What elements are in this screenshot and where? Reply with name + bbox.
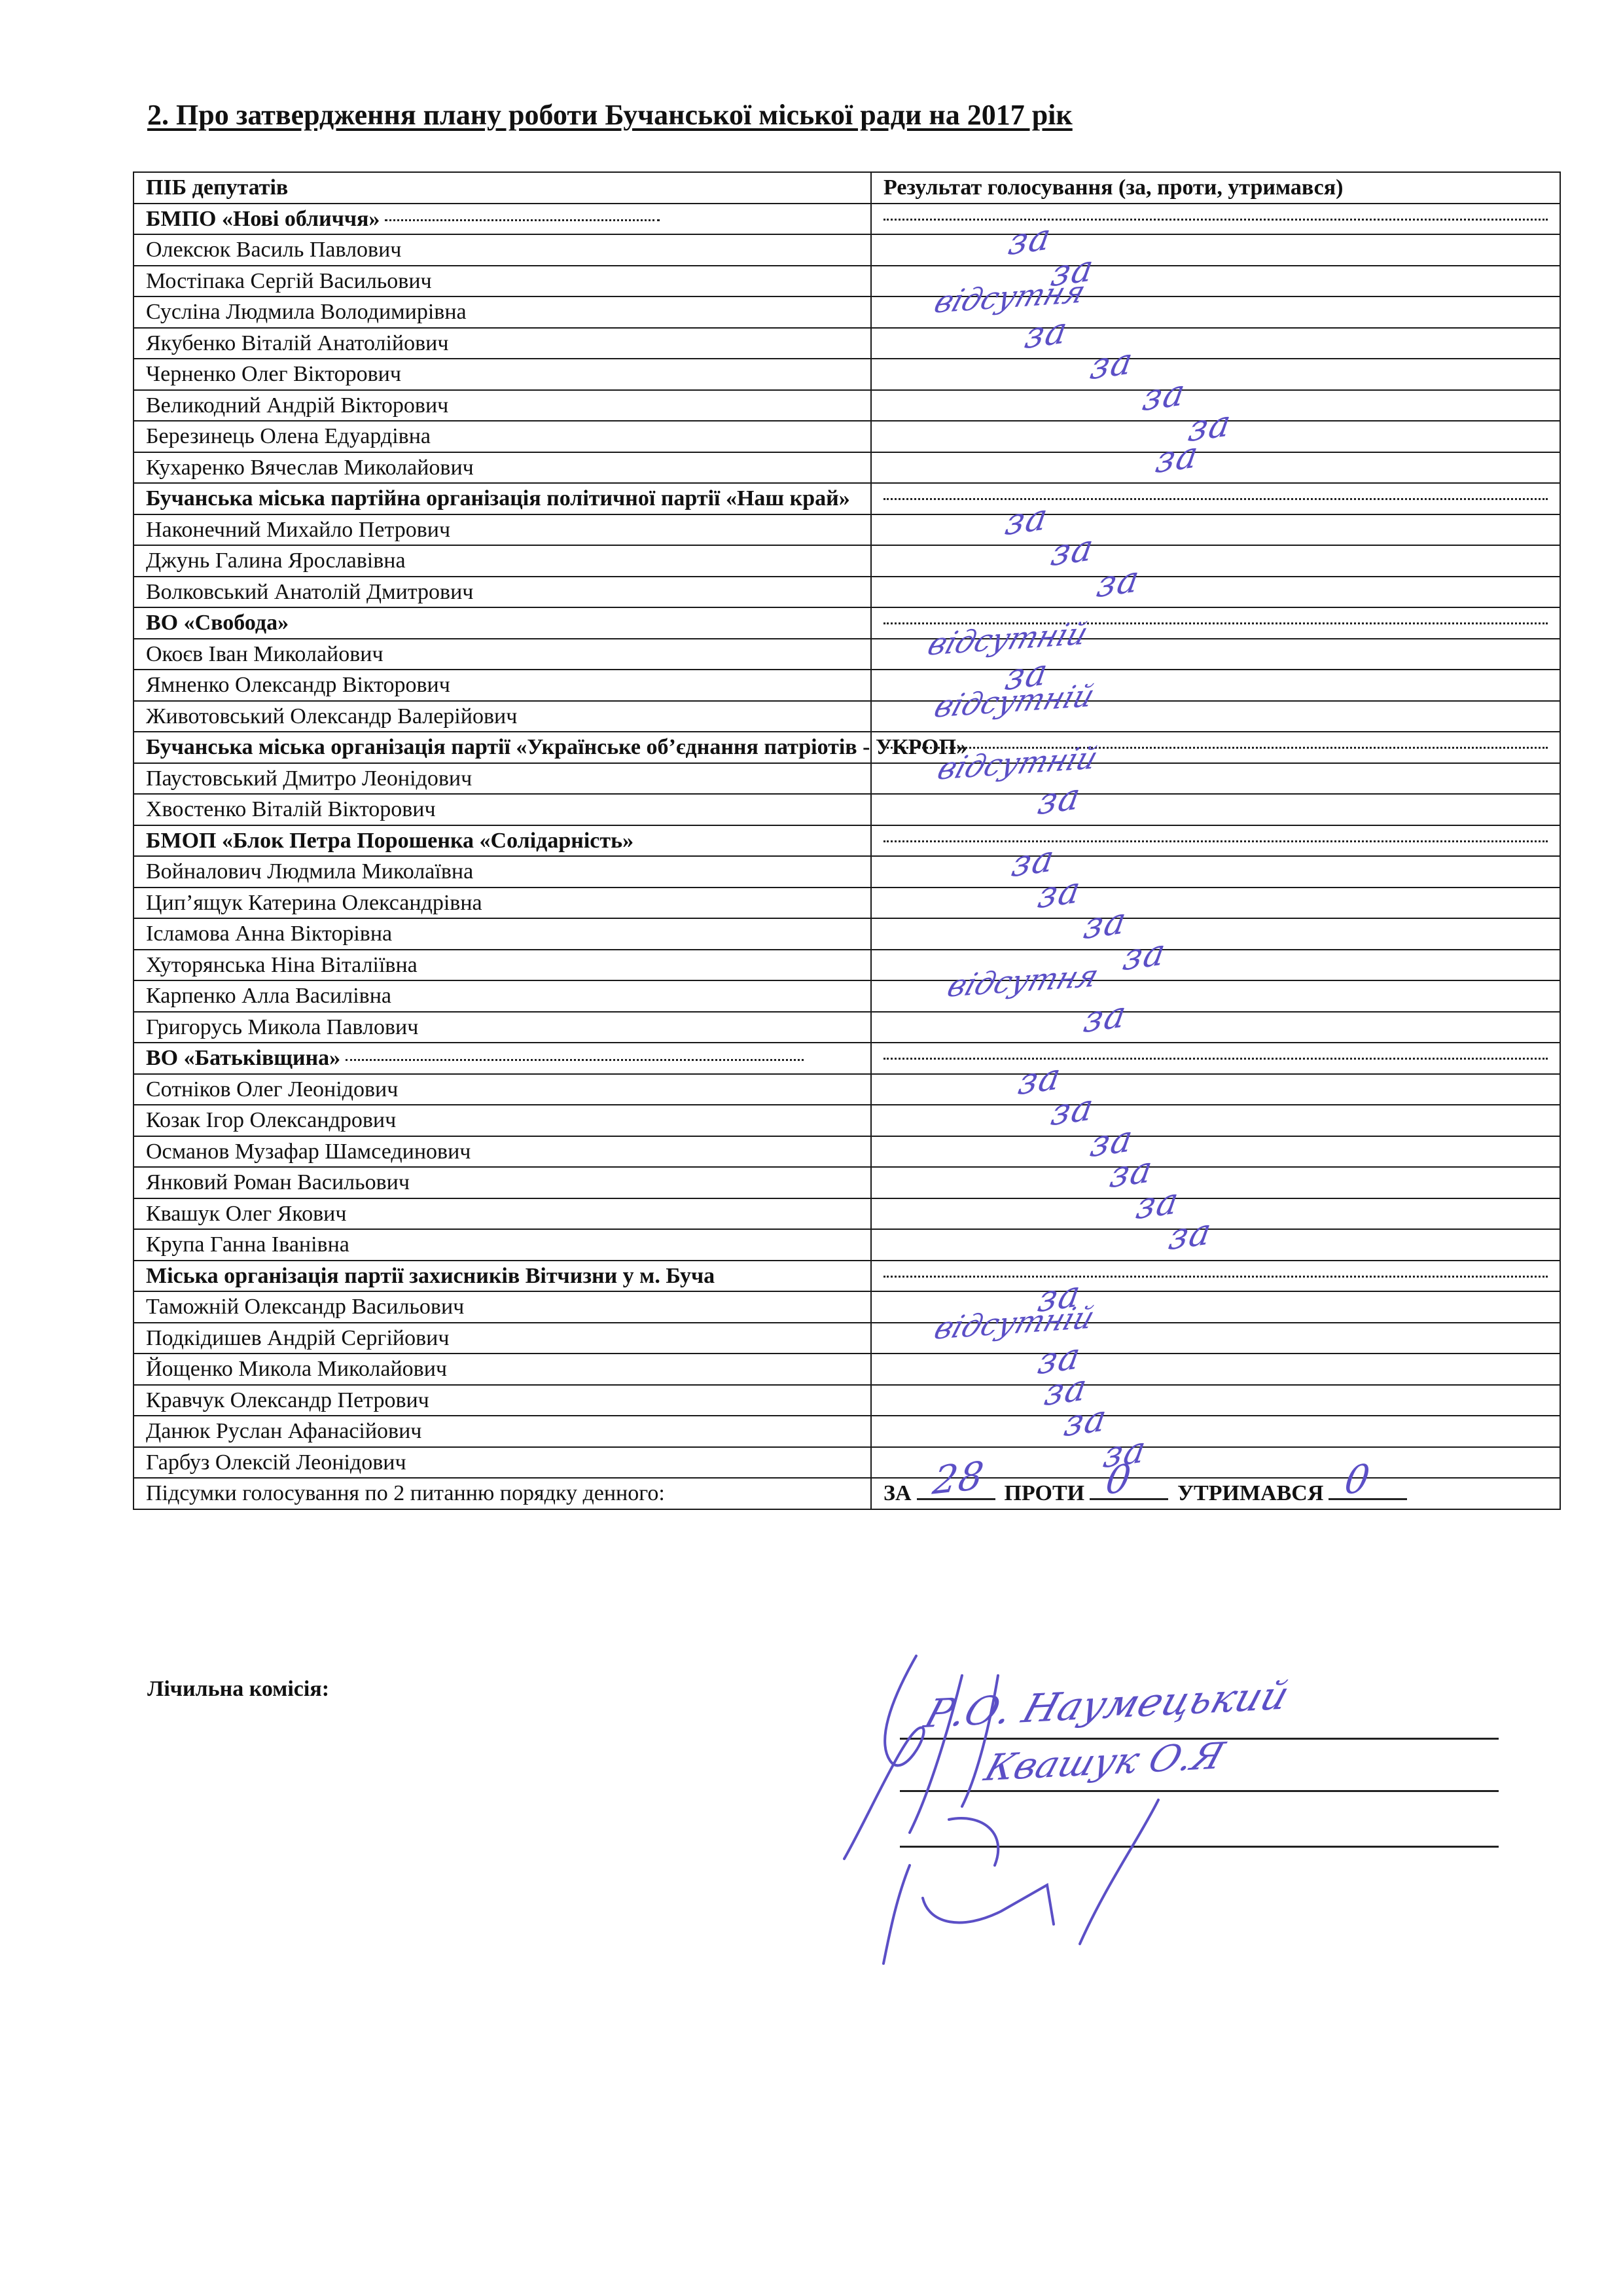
vote-cell: [871, 1105, 1560, 1136]
group-row: Бучанська міська організація партії «Укр…: [134, 732, 1560, 763]
table-row: Черненко Олег Вікторович: [134, 359, 1560, 390]
summary-for-blank: [917, 1479, 995, 1500]
vote-cell: [871, 1323, 1560, 1354]
deputy-name: Подкідишев Андрій Сергійович: [134, 1323, 871, 1354]
voting-table: ПІБ депутатів Результат голосування (за,…: [133, 171, 1561, 1510]
group-result-cell: [871, 483, 1560, 514]
table-row: Сусліна Людмила Володимирівна: [134, 296, 1560, 328]
table-row: Окоєв Іван Миколайович: [134, 639, 1560, 670]
vote-cell: [871, 1136, 1560, 1168]
deputy-name: Великодний Андрій Вікторович: [134, 390, 871, 422]
table-row: Животовський Олександр Валерійович: [134, 701, 1560, 732]
deputy-name: Наконечний Михайло Петрович: [134, 514, 871, 546]
deputy-name: Козак Ігор Олександрович: [134, 1105, 871, 1136]
group-row: БМОП «Блок Петра Порошенка «Солідарність…: [134, 825, 1560, 857]
dotted-filler: [883, 498, 1548, 500]
header-vote-result: Результат голосування (за, проти, утрима…: [871, 172, 1560, 204]
deputy-name: Данюк Руслан Афанасійович: [134, 1416, 871, 1447]
deputy-name: Волковський Анатолій Дмитрович: [134, 577, 871, 608]
group-row: БМПО «Нові обличчя»: [134, 204, 1560, 235]
group-result-cell: [871, 1261, 1560, 1292]
deputy-name: Квашук Олег Якович: [134, 1198, 871, 1230]
table-row: Олексюк Василь Павлович: [134, 234, 1560, 266]
deputy-name: Карпенко Алла Василівна: [134, 980, 871, 1012]
header-deputies: ПІБ депутатів: [134, 172, 871, 204]
group-name-text: БМПО «Нові обличчя»: [146, 207, 380, 231]
table-row: Гарбуз Олексій Леонідович: [134, 1447, 1560, 1479]
summary-result: ЗАПРОТИУТРИМАВСЯ: [871, 1478, 1560, 1509]
table-row: Крупа Ганна Іванівна: [134, 1229, 1560, 1261]
vote-cell: [871, 888, 1560, 919]
vote-cell: [871, 1012, 1560, 1043]
group-name: Бучанська міська організація партії «Укр…: [134, 732, 871, 763]
deputy-name: Сусліна Людмила Володимирівна: [134, 296, 871, 328]
deputy-name: Янковий Роман Васильович: [134, 1167, 871, 1198]
vote-cell: [871, 514, 1560, 546]
table-row: Карпенко Алла Василівна: [134, 980, 1560, 1012]
vote-cell: [871, 763, 1560, 795]
group-name-text: ВО «Батьківщина»: [146, 1046, 340, 1070]
vote-cell: [871, 1291, 1560, 1323]
summary-abstain-label: УТРИМАВСЯ: [1177, 1481, 1323, 1505]
table-row: Паустовський Дмитро Леонідович: [134, 763, 1560, 795]
deputy-name: Григорусь Микола Павлович: [134, 1012, 871, 1043]
deputy-name: Животовський Олександр Валерійович: [134, 701, 871, 732]
deputy-name: Войналович Людмила Миколаївна: [134, 856, 871, 888]
group-name-text: Бучанська міська партійна організація по…: [146, 486, 850, 511]
vote-cell: [871, 359, 1560, 390]
vote-cell: [871, 794, 1560, 825]
group-result-cell: [871, 204, 1560, 235]
group-name-text: Міська організація партії захисників Віт…: [146, 1264, 715, 1288]
summary-for-label: ЗА: [883, 1481, 912, 1505]
summary-label: Підсумки голосування по 2 питанню порядк…: [134, 1478, 871, 1509]
vote-cell: [871, 1416, 1560, 1447]
group-result-cell: [871, 825, 1560, 857]
summary-abstain-blank: [1329, 1479, 1407, 1500]
table-row: Османов Музафар Шамсединович: [134, 1136, 1560, 1168]
vote-cell: [871, 577, 1560, 608]
vote-cell: [871, 390, 1560, 422]
deputy-name: Мостіпака Сергій Васильович: [134, 266, 871, 297]
group-name: ВО «Свобода»: [134, 607, 871, 639]
group-name: Міська організація партії захисників Віт…: [134, 1261, 871, 1292]
vote-cell: [871, 701, 1560, 732]
table-row: Якубенко Віталій Анатолійович: [134, 328, 1560, 359]
group-name: БМОП «Блок Петра Порошенка «Солідарність…: [134, 825, 871, 857]
table-row: Березинець Олена Едуардівна: [134, 421, 1560, 452]
table-row: Таможній Олександр Васильович: [134, 1291, 1560, 1323]
deputy-name: Черненко Олег Вікторович: [134, 359, 871, 390]
table-row: Григорусь Микола Павлович: [134, 1012, 1560, 1043]
summary-row: Підсумки голосування по 2 питанню порядк…: [134, 1478, 1560, 1509]
vote-cell: [871, 980, 1560, 1012]
counting-commission-label: Лічильна комісія:: [147, 1677, 329, 1702]
vote-cell: [871, 296, 1560, 328]
voting-table-body: ПІБ депутатів Результат голосування (за,…: [134, 172, 1560, 1509]
table-row: Кравчук Олександр Петрович: [134, 1385, 1560, 1416]
deputy-name: Ісламова Анна Вікторівна: [134, 918, 871, 950]
group-result-cell: [871, 607, 1560, 639]
vote-cell: [871, 1198, 1560, 1230]
vote-cell: [871, 670, 1560, 701]
vote-cell: [871, 1385, 1560, 1416]
vote-cell: [871, 452, 1560, 484]
vote-cell: [871, 1229, 1560, 1261]
table-row: Янковий Роман Васильович: [134, 1167, 1560, 1198]
deputy-name: Цип’ящук Катерина Олександрівна: [134, 888, 871, 919]
table-row: Данюк Руслан Афанасійович: [134, 1416, 1560, 1447]
vote-cell: [871, 1167, 1560, 1198]
table-row: Ямненко Олександр Вікторович: [134, 670, 1560, 701]
vote-cell: [871, 421, 1560, 452]
vote-cell: [871, 328, 1560, 359]
deputy-name: Олексюк Василь Павлович: [134, 234, 871, 266]
table-row: Войналович Людмила Миколаївна: [134, 856, 1560, 888]
group-result-cell: [871, 732, 1560, 763]
table-row: Мостіпака Сергій Васильович: [134, 266, 1560, 297]
table-row: Великодний Андрій Вікторович: [134, 390, 1560, 422]
vote-cell: [871, 950, 1560, 981]
group-name-text: БМОП «Блок Петра Порошенка «Солідарність…: [146, 829, 633, 853]
vote-cell: [871, 545, 1560, 577]
group-name: Бучанська міська партійна організація по…: [134, 483, 871, 514]
dotted-filler: [883, 1058, 1548, 1060]
group-row: Міська організація партії захисників Віт…: [134, 1261, 1560, 1292]
group-result-cell: [871, 1043, 1560, 1074]
deputy-name: Кухаренко Вячеслав Миколайович: [134, 452, 871, 484]
group-name: ВО «Батьківщина»: [134, 1043, 871, 1074]
deputy-name: Ямненко Олександр Вікторович: [134, 670, 871, 701]
vote-cell: [871, 1074, 1560, 1105]
table-row: Хвостенко Віталій Вікторович: [134, 794, 1560, 825]
vote-cell: [871, 234, 1560, 266]
vote-cell: [871, 639, 1560, 670]
deputy-name: Якубенко Віталій Анатолійович: [134, 328, 871, 359]
deputy-name: Окоєв Іван Миколайович: [134, 639, 871, 670]
page-title: 2. Про затвердження плану роботи Бучансь…: [147, 98, 1073, 132]
dotted-filler: [883, 622, 1548, 624]
dotted-filler: [883, 219, 1548, 221]
vote-cell: [871, 266, 1560, 297]
group-name: БМПО «Нові обличчя»: [134, 204, 871, 235]
group-name-text: ВО «Свобода»: [146, 611, 289, 635]
table-row: Квашук Олег Якович: [134, 1198, 1560, 1230]
table-header-row: ПІБ депутатів Результат голосування (за,…: [134, 172, 1560, 204]
table-row: Сотніков Олег Леонідович: [134, 1074, 1560, 1105]
summary-against-label: ПРОТИ: [1005, 1481, 1085, 1505]
table-row: Хуторянська Ніна Віталіївна: [134, 950, 1560, 981]
deputy-name: Сотніков Олег Леонідович: [134, 1074, 871, 1105]
vote-cell: [871, 856, 1560, 888]
table-row: Наконечний Михайло Петрович: [134, 514, 1560, 546]
deputy-name: Гарбуз Олексій Леонідович: [134, 1447, 871, 1479]
deputy-name: Йощенко Микола Миколайович: [134, 1354, 871, 1385]
deputy-name: Таможній Олександр Васильович: [134, 1291, 871, 1323]
deputy-name: Хуторянська Ніна Віталіївна: [134, 950, 871, 981]
deputy-name: Джунь Галина Ярославівна: [134, 545, 871, 577]
group-name-text: Бучанська міська організація партії «Укр…: [146, 735, 967, 759]
table-row: Ісламова Анна Вікторівна: [134, 918, 1560, 950]
dotted-filler: [883, 747, 1548, 749]
deputy-name: Османов Музафар Шамсединович: [134, 1136, 871, 1168]
table-row: Цип’ящук Катерина Олександрівна: [134, 888, 1560, 919]
dotted-filler: [385, 219, 660, 221]
dotted-filler: [883, 840, 1548, 842]
vote-cell: [871, 1447, 1560, 1479]
deputy-name: Кравчук Олександр Петрович: [134, 1385, 871, 1416]
table-row: Кухаренко Вячеслав Миколайович: [134, 452, 1560, 484]
table-row: Подкідишев Андрій Сергійович: [134, 1323, 1560, 1354]
deputy-name: Паустовський Дмитро Леонідович: [134, 763, 871, 795]
dotted-filler: [883, 1276, 1548, 1278]
group-row: ВО «Свобода»: [134, 607, 1560, 639]
deputy-name: Крупа Ганна Іванівна: [134, 1229, 871, 1261]
table-row: Йощенко Микола Миколайович: [134, 1354, 1560, 1385]
table-row: Волковський Анатолій Дмитрович: [134, 577, 1560, 608]
table-row: Козак Ігор Олександрович: [134, 1105, 1560, 1136]
table-row: Джунь Галина Ярославівна: [134, 545, 1560, 577]
summary-against-blank: [1090, 1479, 1168, 1500]
vote-cell: [871, 1354, 1560, 1385]
dotted-filler: [346, 1059, 804, 1061]
group-row: Бучанська міська партійна організація по…: [134, 483, 1560, 514]
vote-cell: [871, 918, 1560, 950]
deputy-name: Березинець Олена Едуардівна: [134, 421, 871, 452]
group-row: ВО «Батьківщина»: [134, 1043, 1560, 1074]
deputy-name: Хвостенко Віталій Вікторович: [134, 794, 871, 825]
